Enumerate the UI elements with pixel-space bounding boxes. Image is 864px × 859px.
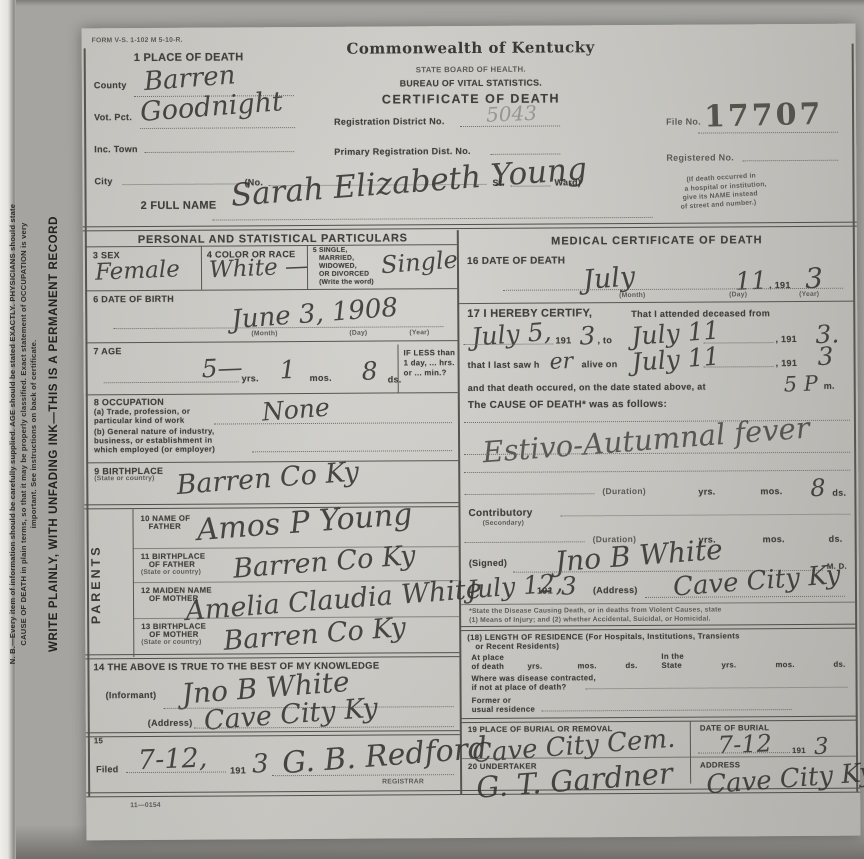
burial-cell-divider <box>690 722 692 784</box>
residence-yrs: yrs. <box>527 662 542 671</box>
residence-of-death: of death <box>471 662 504 671</box>
residence-where-line1: Where was disease contracted, <box>471 673 595 683</box>
residence-mos2: mos. <box>775 660 794 669</box>
registrar-label: REGISTRAR <box>382 778 424 785</box>
signed-date-year-value: 3 <box>560 571 577 601</box>
occupation-a-line2: particular kind of work <box>94 416 185 426</box>
dob-bottom-line <box>85 340 457 343</box>
burial-date-printed: 191 <box>792 746 806 755</box>
attended-from-value: July 5, <box>470 317 552 352</box>
lastsaw-year-printed: , 191 <box>776 358 798 368</box>
attended-from-year-value: 3 <box>579 321 596 351</box>
filed-section-number: 15 <box>94 736 103 745</box>
age-lessbox-divider <box>397 344 398 392</box>
age-days-value: 8 <box>361 356 378 386</box>
informant-label: (Informant) <box>106 690 157 700</box>
marital-value: Single <box>380 245 459 279</box>
margin-note-line1: N. B.—Every item of information should b… <box>8 44 19 824</box>
state-board-label: STATE BOARD OF HEALTH. <box>326 64 616 75</box>
inc-town-dotted-line <box>144 151 294 153</box>
cause-of-death-value: Estivo-Autumnal fever <box>481 411 810 470</box>
parents-bottom-rule <box>85 652 459 659</box>
sex-color-cell-divider <box>201 246 202 290</box>
occupation-label: 8 OCCUPATION <box>94 397 164 407</box>
sex-value: Female <box>95 256 181 285</box>
marital-label-3: WIDOWED, <box>319 263 357 270</box>
residence-label-line1: (18) LENGTH OF RESIDENCE (For Hospitals,… <box>467 631 740 642</box>
certificate-paper: FORM V-S. 1-102 M 5-10-R. 1 PLACE OF DEA… <box>82 24 861 841</box>
form-code: 11—0154 <box>130 802 161 809</box>
dod-month-sublabel: (Month) <box>619 292 645 299</box>
full-name-value: Sarah Elizabeth Young <box>230 151 588 214</box>
occupation-b-dotted-line <box>252 450 452 452</box>
residence-former-line2: usual residence <box>472 705 535 714</box>
signed-date-printed: 191 <box>537 586 553 596</box>
full-name-dotted-line <box>213 217 653 221</box>
cause-duration-mos: mos. <box>760 486 782 496</box>
bureau-label: BUREAU OF VITAL STATISTICS. <box>326 77 616 89</box>
residence-mos: mos. <box>577 661 596 670</box>
form-right-border <box>852 44 858 792</box>
filed-year-printed: 191 <box>230 765 246 775</box>
residence-where-dotted <box>586 687 848 690</box>
cause-duration-yrs: yrs. <box>698 487 715 497</box>
residence-top-rule <box>460 624 856 631</box>
informant-address-label: (Address) <box>148 718 193 728</box>
signed-label: (Signed) <box>469 558 507 568</box>
burial-top-rule <box>461 716 857 723</box>
residence-former-dotted <box>542 709 792 712</box>
signed-address-label: (Address) <box>593 585 638 595</box>
informant-address-dotted-line <box>194 726 454 729</box>
father-birthplace-sublabel: (State or country) <box>141 569 201 576</box>
registration-district-value: 5043 <box>486 101 538 127</box>
age-years-value: 5— <box>201 353 243 384</box>
age-years-unit: yrs. <box>242 373 259 383</box>
father-birthplace-label-2: OF FATHER <box>149 560 195 569</box>
color-race-value: White — <box>209 253 309 283</box>
margin-instructions: N. B.—Every item of information should b… <box>8 44 80 824</box>
residence-where-line2: if not at place of death? <box>472 682 567 692</box>
mother-birthplace-sublabel: (State or country) <box>141 639 201 646</box>
form-number: FORM V-S. 1-102 M 5-10-R. <box>92 37 183 45</box>
father-name-label-2: FATHER <box>149 522 181 531</box>
residence-label-line2: or Recent Residents) <box>475 641 559 651</box>
residence-at-place: At place <box>471 653 504 662</box>
footnote-top-line <box>460 602 856 605</box>
cause-footnote-line2: (1) Means of Injury; and (2) whether Acc… <box>469 616 711 624</box>
cause-duration-ds: ds. <box>832 488 846 498</box>
lastsaw-hand-value: er <box>549 349 574 375</box>
parents-vertical-label: PARENTS <box>88 508 109 660</box>
county-label: County <box>94 80 127 90</box>
marital-label-2: MARRIED, <box>319 255 354 262</box>
lastsaw-date-value: July 11 <box>631 341 721 377</box>
file-no-value: 17707 <box>704 97 824 135</box>
dod-year-sublabel: (Year) <box>799 291 819 298</box>
birthplace-value: Barren Co Ky <box>175 456 360 501</box>
certificate-title: CERTIFICATE OF DEATH <box>326 91 616 107</box>
cause-of-death-label: The CAUSE OF DEATH* was as follows: <box>468 399 667 411</box>
vot-pct-label: Vot. Pct. <box>94 112 132 122</box>
attended-to-label: , to <box>597 335 612 345</box>
margin-note-line3: important. See instructions on back of c… <box>29 44 40 824</box>
row1-bottom-line <box>85 288 457 291</box>
age-dotted-line <box>104 381 239 383</box>
age-less-note-3: or ... min.? <box>404 368 447 377</box>
registered-no-dotted-line <box>742 160 838 162</box>
attended-to-year-printed: , 191 <box>775 334 797 344</box>
date-of-birth-label: 6 DATE OF BIRTH <box>93 294 174 304</box>
registrar-dotted-line <box>272 774 454 776</box>
lastsaw-prefix-label: that I last saw h <box>468 360 540 370</box>
registered-no-label: Registered No. <box>666 152 734 162</box>
cause-duration-dotted-line <box>464 493 594 495</box>
mother-birthplace-label-2: OF MOTHER <box>149 630 199 639</box>
city-label: City <box>94 176 112 186</box>
burial-date-value: 7-12 <box>717 729 772 759</box>
contributory-mos: mos. <box>763 534 785 544</box>
birthplace-sublabel: (State or country) <box>94 475 154 482</box>
date-of-death-month: July <box>582 261 636 296</box>
filed-label: Filed <box>96 764 119 774</box>
age-months-value: 1 <box>279 355 296 385</box>
cause-duration-label: (Duration) <box>602 486 646 496</box>
lastsaw-year-value: 3 <box>817 342 834 372</box>
commonwealth-title: Commonwealth of Kentucky <box>326 38 616 58</box>
signed-address-dotted-line <box>645 596 845 598</box>
cause-footnote-line1: *State the Disease Causing Death, or in … <box>469 606 721 615</box>
date-of-birth-value: June 3, 1908 <box>230 293 399 336</box>
lastsaw-mid-label: alive on <box>582 359 618 369</box>
color-marital-cell-divider <box>307 245 308 289</box>
scanned-death-certificate: N. B.—Every item of information should b… <box>0 0 864 859</box>
inc-town-label: Inc. Town <box>94 144 138 154</box>
death-occurred-label: and that death occured, on the date stat… <box>468 382 706 393</box>
residence-ds: ds. <box>625 661 637 670</box>
age-label: 7 AGE <box>93 346 121 356</box>
dob-month-sublabel: (Month) <box>251 330 277 337</box>
dob-year-sublabel: (Year) <box>409 329 429 336</box>
dod-bottom-line <box>458 301 854 305</box>
age-bottom-line <box>86 392 458 395</box>
dod-dotted-line <box>503 288 843 291</box>
cause-duration-days-value: 8 <box>810 474 826 503</box>
file-no-dotted-line <box>698 132 838 134</box>
registration-district-label: Registration District No. <box>334 116 445 127</box>
dob-day-sublabel: (Day) <box>349 330 367 337</box>
header-divider-rule <box>83 222 857 232</box>
write-plainly-note: WRITE PLAINLY, WITH UNFADING INK—THIS IS… <box>48 44 60 824</box>
date-of-death-label: 16 DATE OF DEATH <box>467 255 565 267</box>
lastsaw-dotted-line <box>704 366 774 367</box>
age-months-unit: mos. <box>310 373 332 383</box>
margin-note-line2: CAUSE OF DEATH in plain terms, so that i… <box>19 44 30 824</box>
contributory-duration-dotted <box>465 541 585 543</box>
marital-label-5: (Write the word) <box>319 279 374 286</box>
contributory-ds: ds. <box>829 534 843 544</box>
residence-yrs2: yrs. <box>721 660 736 669</box>
marital-label-4: OR DIVORCED <box>319 271 369 278</box>
form-left-border <box>84 48 90 796</box>
occupation-b-line3: which employed (or employer) <box>94 445 215 455</box>
column-divider <box>457 230 462 794</box>
contributory-dotted-line <box>561 514 851 517</box>
residence-ds2: ds. <box>833 660 845 669</box>
age-less-note-2: 1 day, ... hrs. <box>404 358 455 367</box>
registration-district-dotted-line <box>460 125 560 127</box>
residence-state: State <box>661 661 682 670</box>
undertaker-address-top-line <box>690 756 857 758</box>
residence-former-line1: Former or <box>472 696 512 705</box>
marital-label-1: 5 SINGLE, <box>313 247 348 254</box>
city-dotted-line <box>122 183 237 185</box>
age-less-note-1: IF LESS than <box>403 348 455 357</box>
contributory-sublabel: (Secondary) <box>483 520 525 527</box>
dod-day-sublabel: (Day) <box>729 291 747 298</box>
age-days-unit: ds. <box>388 374 402 384</box>
vot-pct-dotted-line <box>140 127 295 129</box>
occupation-value: None <box>261 393 331 427</box>
contributory-label: Contributory <box>468 508 532 519</box>
death-time-value: 5 P <box>783 371 818 396</box>
attended-from-year-printed: 191 <box>555 335 571 345</box>
medical-certificate-header: MEDICAL CERTIFICATE OF DEATH <box>461 234 853 248</box>
filed-year-value: 3 <box>251 749 269 780</box>
primary-registration-label: Primary Registration Dist. No. <box>334 146 471 157</box>
residence-in-the: In the <box>661 652 684 661</box>
file-no-label: File No. <box>666 117 701 127</box>
full-name-label: 2 FULL NAME <box>141 200 217 212</box>
death-time-m-label: m. <box>824 381 835 391</box>
occupation-a-dotted-line <box>214 422 452 424</box>
cause-dotted-line-3 <box>464 470 850 473</box>
